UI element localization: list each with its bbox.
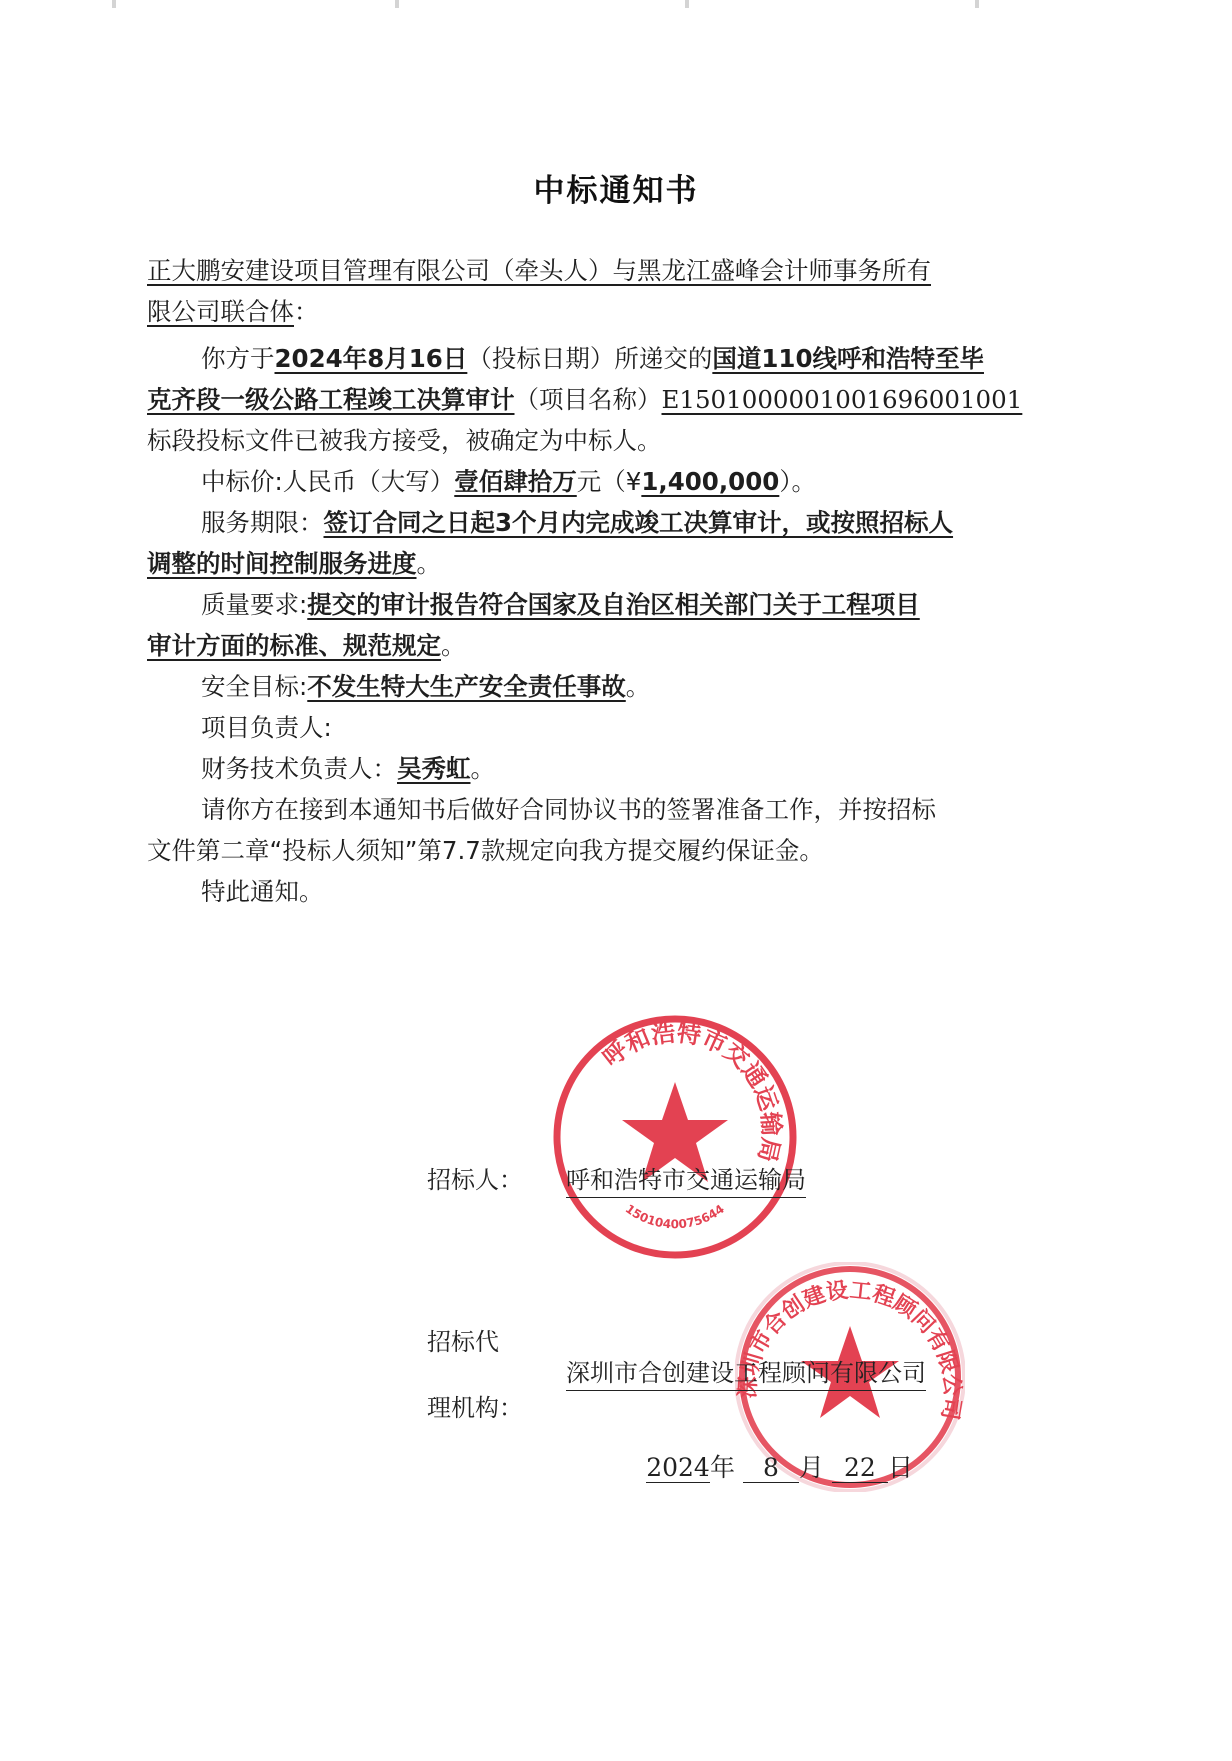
- section-code: E1501000001001696001001: [662, 385, 1023, 414]
- tenderer-seal-icon: 呼和浩特市交通运输局 1501040075644: [550, 1012, 800, 1262]
- addressee-name: 正大鹏安建设项目管理有限公司（牵头人）与黑龙江盛峰会计师事务所有: [147, 256, 931, 285]
- quality-label: 质量要求:: [201, 590, 307, 619]
- addressee-line-1: 正大鹏安建设项目管理有限公司（牵头人）与黑龙江盛峰会计师事务所有: [147, 250, 1087, 291]
- date-year: 2024: [646, 1453, 710, 1483]
- paragraph-1-line-1: 你方于2024年8月16日（投标日期）所递交的国道110线呼和浩特至毕: [147, 338, 1087, 379]
- project-lead-label: 项目负责人:: [201, 713, 332, 742]
- project-name: 国道110线呼和浩特至毕: [712, 344, 984, 373]
- addressee-name-cont: 限公司联合体: [147, 297, 294, 326]
- addressee-line-2: 限公司联合体：: [147, 291, 1087, 332]
- paragraph-1-line-3: 标段投标文件已被我方接受，被确定为中标人。: [147, 420, 1087, 461]
- safety-line: 安全目标:不发生特大生产安全责任事故。: [147, 666, 1087, 707]
- instruction-line-2: 文件第二章“投标人须知”第7.7款规定向我方提交履约保证金。: [147, 830, 1087, 871]
- document-title: 中标通知书: [0, 165, 1232, 210]
- closing-line: 特此通知。: [147, 871, 1087, 912]
- quality-value: 提交的审计报告符合国家及自治区相关部门关于工程项目: [307, 590, 920, 619]
- scan-edge-marks: [0, 0, 1232, 8]
- finance-lead-value: 吴秀虹: [397, 754, 471, 783]
- project-lead-line: 项目负责人:: [147, 707, 1087, 748]
- agency-name: 深圳市合创建设工程顾问有限公司: [566, 1353, 926, 1391]
- safety-value: 不发生特大生产安全责任事故: [307, 672, 626, 701]
- tenderer-name: 呼和浩特市交通运输局: [566, 1160, 806, 1198]
- date-month: 8: [743, 1453, 799, 1483]
- svg-text:深圳市合创建设工程顾问有限公司: 深圳市合创建设工程顾问有限公司: [736, 1278, 965, 1421]
- document-body: 正大鹏安建设项目管理有限公司（牵头人）与黑龙江盛峰会计师事务所有 限公司联合体：…: [147, 250, 1087, 912]
- bid-price-numeric: 1,400,000: [641, 467, 779, 496]
- tenderer-label: 招标人：: [427, 1160, 523, 1195]
- service-period-label: 服务期限：: [201, 508, 324, 537]
- svg-text:呼和浩特市交通运输局: 呼和浩特市交通运输局: [597, 1019, 785, 1165]
- safety-label: 安全目标:: [201, 672, 307, 701]
- bid-price-label: 中标价:人民币（大写）: [201, 467, 454, 496]
- service-period-line-1: 服务期限：签订合同之日起3个月内完成竣工决算审计，或按照招标人: [147, 502, 1087, 543]
- project-name-cont: 克齐段一级公路工程竣工决算审计: [147, 385, 515, 414]
- bid-price-line: 中标价:人民币（大写）壹佰肆拾万元（¥1,400,000）。: [147, 461, 1087, 502]
- bid-date: 2024年8月16日: [275, 344, 468, 373]
- instruction-line-1: 请你方在接到本通知书后做好合同协议书的签署准备工作，并按招标: [147, 789, 1087, 830]
- quality-line-1: 质量要求:提交的审计报告符合国家及自治区相关部门关于工程项目: [147, 584, 1087, 625]
- finance-lead-line: 财务技术负责人：吴秀虹。: [147, 748, 1087, 789]
- paragraph-1-line-2: 克齐段一级公路工程竣工决算审计（项目名称）E150100000100169600…: [147, 379, 1087, 420]
- issue-date: 2024年 8月 22日: [646, 1448, 913, 1484]
- finance-lead-label: 财务技术负责人：: [201, 754, 397, 783]
- quality-line-2: 审计方面的标准、规范规定。: [147, 625, 1087, 666]
- service-period-line-2: 调整的时间控制服务进度。: [147, 543, 1087, 584]
- service-period-value: 签订合同之日起3个月内完成竣工决算审计，或按照招标人: [324, 508, 954, 537]
- agency-label-1: 招标代: [427, 1322, 499, 1357]
- svg-text:1501040075644: 1501040075644: [623, 1202, 727, 1232]
- bid-price-words: 壹佰肆拾万: [454, 467, 577, 496]
- date-day: 22: [832, 1453, 888, 1483]
- agency-label-2: 理机构：: [427, 1388, 523, 1423]
